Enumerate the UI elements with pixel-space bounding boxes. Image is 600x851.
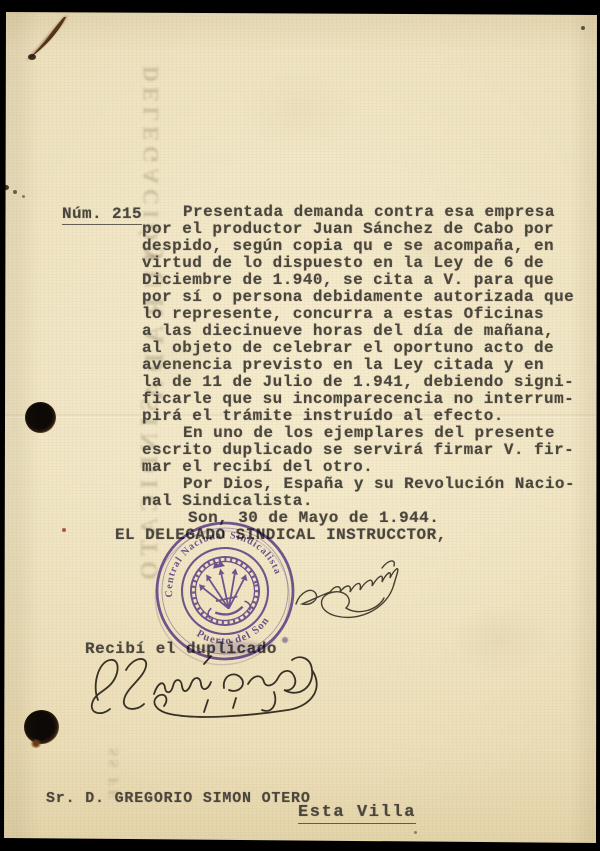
typed-line: avenencia previsto en la Ley citada y en	[142, 357, 575, 374]
typed-line: al objeto de celebrar el oportuno acto d…	[142, 340, 575, 357]
typed-line: Diciembre de 1.940, se cita a V. para qu…	[142, 272, 575, 289]
reference-number: Núm. 215	[62, 205, 142, 225]
typed-line: mar el recibí del otro.	[142, 459, 575, 476]
ink-stain	[24, 13, 70, 63]
typed-line: por el productor Juan Sánchez de Cabo po…	[142, 221, 575, 238]
typed-line: virtud de lo dispuesto en la Ley de 6 de	[142, 255, 575, 272]
typed-line: despido, según copia qu e se acompaña, e…	[142, 238, 575, 255]
typed-line: a las diecinueve horas del día de mañana…	[142, 323, 575, 340]
svg-text:Central Nacional Sindicalista: Central Nacional Sindicalista	[153, 519, 284, 600]
dirt-speck	[3, 185, 9, 190]
letter-body: Presentada demanda contra esa empresa po…	[142, 204, 575, 544]
dirt-speck	[581, 26, 585, 30]
addressee-location: Esta Villa	[298, 803, 416, 824]
dirt-speck	[414, 831, 417, 834]
typed-line: Por Dios, España y su Revolución Nacio-	[183, 476, 575, 493]
punch-hole	[24, 710, 59, 744]
typed-line: En uno de los ejemplares del presente	[183, 425, 575, 442]
typed-line: pirá el trámite instruído al efecto.	[142, 408, 575, 425]
instructor-signature	[284, 548, 474, 633]
typed-line: la de 11 de Julio de 1.941, debiendo sig…	[142, 374, 575, 391]
typed-line: ficarle que su incomparecencia no interr…	[142, 391, 575, 408]
receiver-signature	[78, 648, 348, 743]
typed-line: Presentada demanda contra esa empresa	[183, 204, 575, 221]
typed-line: nal Sindicalista.	[142, 493, 575, 510]
stamp-text-top: Central Nacional Sindicalista	[153, 519, 284, 600]
typed-line: por sí o persona debidamente autorizada …	[142, 289, 575, 306]
yoke-and-arrows-icon	[185, 551, 266, 632]
addressee-line: Sr. D. GREGORIO SIMON OTERO	[46, 790, 311, 807]
red-speck	[62, 528, 66, 532]
typed-line: escrito duplicado se servirá firmar V. f…	[142, 442, 575, 459]
dirt-speck	[13, 190, 17, 194]
stamp-ink-dot	[282, 637, 288, 643]
punch-hole	[25, 402, 56, 433]
document-page: DELEGACIÓN JURADA SINDICATO SS FE Núm. 2…	[0, 0, 600, 851]
typed-line: lo represente, concurra a estas Oficinas	[142, 306, 575, 323]
dirt-speck	[22, 195, 25, 198]
